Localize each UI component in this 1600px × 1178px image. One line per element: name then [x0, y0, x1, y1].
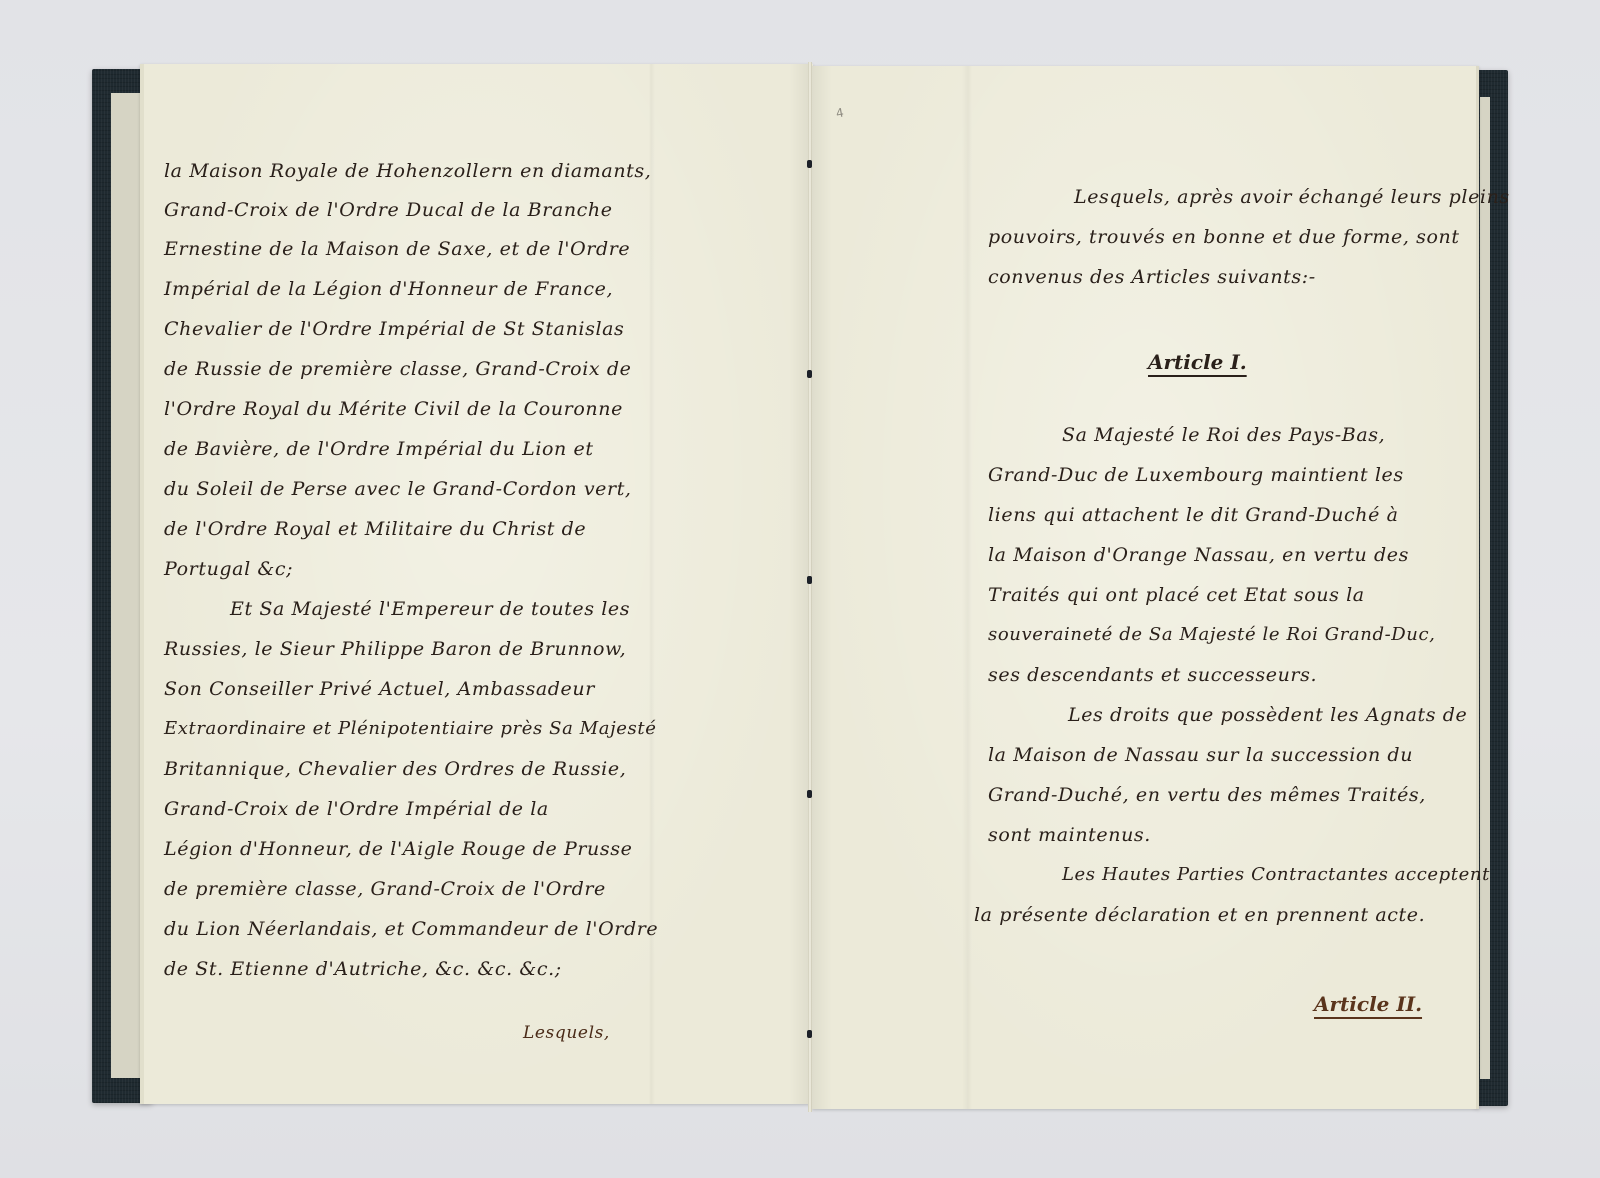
manuscript-line: souveraineté de Sa Majesté le Roi Grand-…: [988, 626, 1436, 644]
manuscript-line: du Lion Néerlandais, et Commandeur de l'…: [164, 920, 658, 939]
manuscript-line: Sa Majesté le Roi des Pays-Bas,: [1062, 426, 1385, 445]
manuscript-line: Les droits que possèdent les Agnats de: [1068, 706, 1467, 725]
article-2-heading: Article II.: [1314, 992, 1422, 1016]
manuscript-line: de première classe, Grand-Croix de l'Ord…: [164, 880, 606, 899]
manuscript-line: liens qui attachent le dit Grand-Duché à: [988, 506, 1399, 525]
manuscript-line: Portugal &c;: [164, 560, 293, 579]
binding-stitch: [807, 160, 812, 168]
article-1-heading: Article I.: [1148, 350, 1247, 374]
manuscript-line: la présente déclaration et en prennent a…: [974, 906, 1425, 925]
manuscript-line: Son Conseiller Privé Actuel, Ambassadeur: [164, 680, 595, 699]
manuscript-line: pouvoirs, trouvés en bonne et due forme,…: [988, 228, 1460, 247]
left-page-fold-shadow: [649, 64, 809, 1104]
manuscript-line: de Bavière, de l'Ordre Impérial du Lion …: [164, 440, 594, 459]
manuscript-line: Grand-Duc de Luxembourg maintient les: [988, 466, 1404, 485]
catchword: Lesquels,: [523, 1025, 610, 1042]
manuscript-line: ses descendants et successeurs.: [988, 666, 1317, 685]
binding-stitch: [807, 576, 812, 584]
binding-stitch: [807, 370, 812, 378]
right-endpaper: [1480, 97, 1490, 1079]
manuscript-line: Légion d'Honneur, de l'Aigle Rouge de Pr…: [164, 840, 632, 859]
manuscript-line: Traités qui ont placé cet Etat sous la: [988, 586, 1365, 605]
manuscript-line: la Maison de Nassau sur la succession du: [988, 746, 1413, 765]
manuscript-line: la Maison Royale de Hohenzollern en diam…: [164, 162, 651, 181]
manuscript-line: de l'Ordre Royal et Militaire du Christ …: [164, 520, 586, 539]
manuscript-line: la Maison d'Orange Nassau, en vertu des: [988, 546, 1409, 565]
manuscript-line: Impérial de la Légion d'Honneur de Franc…: [164, 280, 613, 299]
manuscript-line: de St. Etienne d'Autriche, &c. &c. &c.;: [164, 960, 562, 979]
binding-stitch: [807, 1030, 812, 1038]
manuscript-line: Grand-Duché, en vertu des mêmes Traités,: [988, 786, 1426, 805]
binding-stitch: [807, 790, 812, 798]
manuscript-line: Et Sa Majesté l'Empereur de toutes les: [230, 600, 630, 619]
manuscript-line: Grand-Croix de l'Ordre Ducal de la Branc…: [164, 201, 613, 220]
manuscript-line: Grand-Croix de l'Ordre Impérial de la: [164, 800, 549, 819]
manuscript-line: Russies, le Sieur Philippe Baron de Brun…: [164, 640, 626, 659]
manuscript-line: Extraordinaire et Plénipotentiaire près …: [164, 720, 656, 738]
manuscript-line: convenus des Articles suivants:-: [988, 268, 1316, 287]
manuscript-line: Britannique, Chevalier des Ordres de Rus…: [164, 760, 626, 779]
manuscript-line: du Soleil de Perse avec le Grand-Cordon …: [164, 480, 632, 499]
manuscript-line: sont maintenus.: [988, 826, 1151, 845]
left-endpaper: [111, 93, 141, 1078]
manuscript-line: Les Hautes Parties Contractantes accepte…: [1062, 866, 1490, 884]
manuscript-line: de Russie de première classe, Grand-Croi…: [164, 360, 631, 379]
book-gutter: [808, 62, 812, 1112]
manuscript-line: Lesquels, après avoir échangé leurs plei…: [1074, 188, 1510, 207]
manuscript-line: l'Ordre Royal du Mérite Civil de la Cour…: [164, 400, 623, 419]
right-page-fold-shadow: [812, 66, 972, 1109]
manuscript-line: Ernestine de la Maison de Saxe, et de l'…: [164, 240, 630, 259]
manuscript-line: Chevalier de l'Ordre Impérial de St Stan…: [164, 320, 624, 339]
